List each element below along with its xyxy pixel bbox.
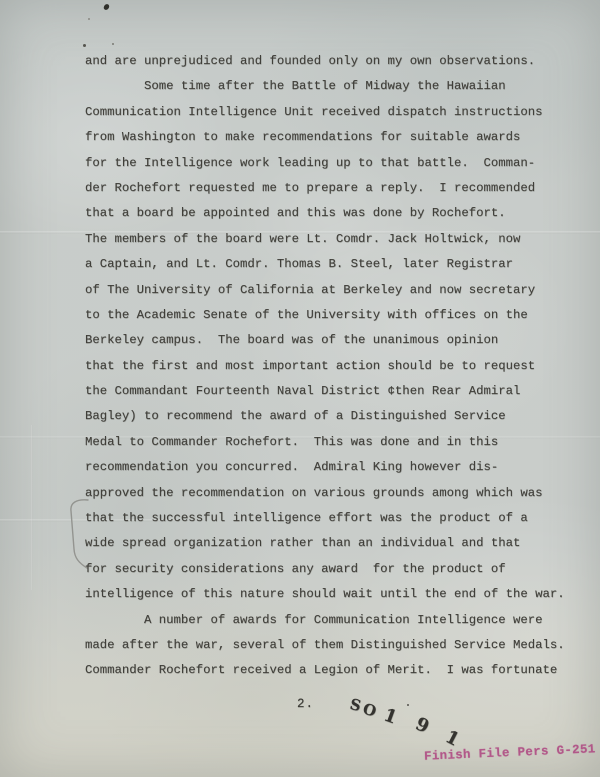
typed-line: Bagley) to recommend the award of a Dist…: [85, 404, 585, 429]
serial-stamp-char: S: [348, 695, 363, 715]
typed-line: a Captain, and Lt. Comdr. Thomas B. Stee…: [85, 252, 585, 277]
ink-speck: [103, 3, 110, 10]
typed-text-block: and are unprejudiced and founded only on…: [85, 49, 585, 684]
typed-line: wide spread organization rather than an …: [85, 531, 585, 556]
typed-line: for security considerations any award fo…: [85, 557, 585, 582]
scanned-letter-page: and are unprejudiced and founded only on…: [0, 0, 600, 777]
typed-line: made after the war, several of them Dist…: [85, 633, 585, 658]
typed-line: recommendation you concurred. Admiral Ki…: [85, 455, 585, 480]
typed-line: for the Intelligence work leading up to …: [85, 151, 585, 176]
typed-line: the Commandant Fourteenth Naval District…: [85, 379, 585, 404]
typed-line: Communication Intelligence Unit received…: [85, 100, 585, 125]
typed-line: The members of the board were Lt. Comdr.…: [85, 227, 585, 252]
typed-line: Some time after the Battle of Midway the…: [85, 74, 585, 99]
ink-speck: [112, 43, 114, 45]
serial-stamp-char: 9: [412, 713, 432, 737]
typed-line: that a board be appointed and this was d…: [85, 201, 585, 226]
typed-line: approved the recommendation on various g…: [85, 481, 585, 506]
typed-line: and are unprejudiced and founded only on…: [85, 49, 585, 74]
serial-stamp-char: 1: [381, 704, 400, 728]
typed-line: Commander Rochefort received a Legion of…: [85, 658, 585, 683]
typed-line: that the first and most important action…: [85, 354, 585, 379]
typed-line: A number of awards for Communication Int…: [85, 608, 585, 633]
typed-line: Medal to Commander Rochefort. This was d…: [85, 430, 585, 455]
typed-line: from Washington to make recommendations …: [85, 125, 585, 150]
ink-speck: [83, 44, 86, 47]
serial-stamp-char: 1: [442, 726, 463, 750]
typed-line: der Rochefort requested me to prepare a …: [85, 176, 585, 201]
typed-line: that the successful intelligence effort …: [85, 506, 585, 531]
stamp-dot: [407, 704, 409, 706]
typed-line: of The University of California at Berke…: [85, 278, 585, 303]
page-number: 2.: [297, 697, 314, 711]
typed-line: Berkeley campus. The board was of the un…: [85, 328, 585, 353]
serial-stamp-char: O: [361, 699, 379, 720]
typed-line: to the Academic Senate of the University…: [85, 303, 585, 328]
ink-speck: [88, 18, 90, 20]
typed-line: intelligence of this nature should wait …: [85, 582, 585, 607]
paper-fold-crease: [31, 425, 33, 590]
